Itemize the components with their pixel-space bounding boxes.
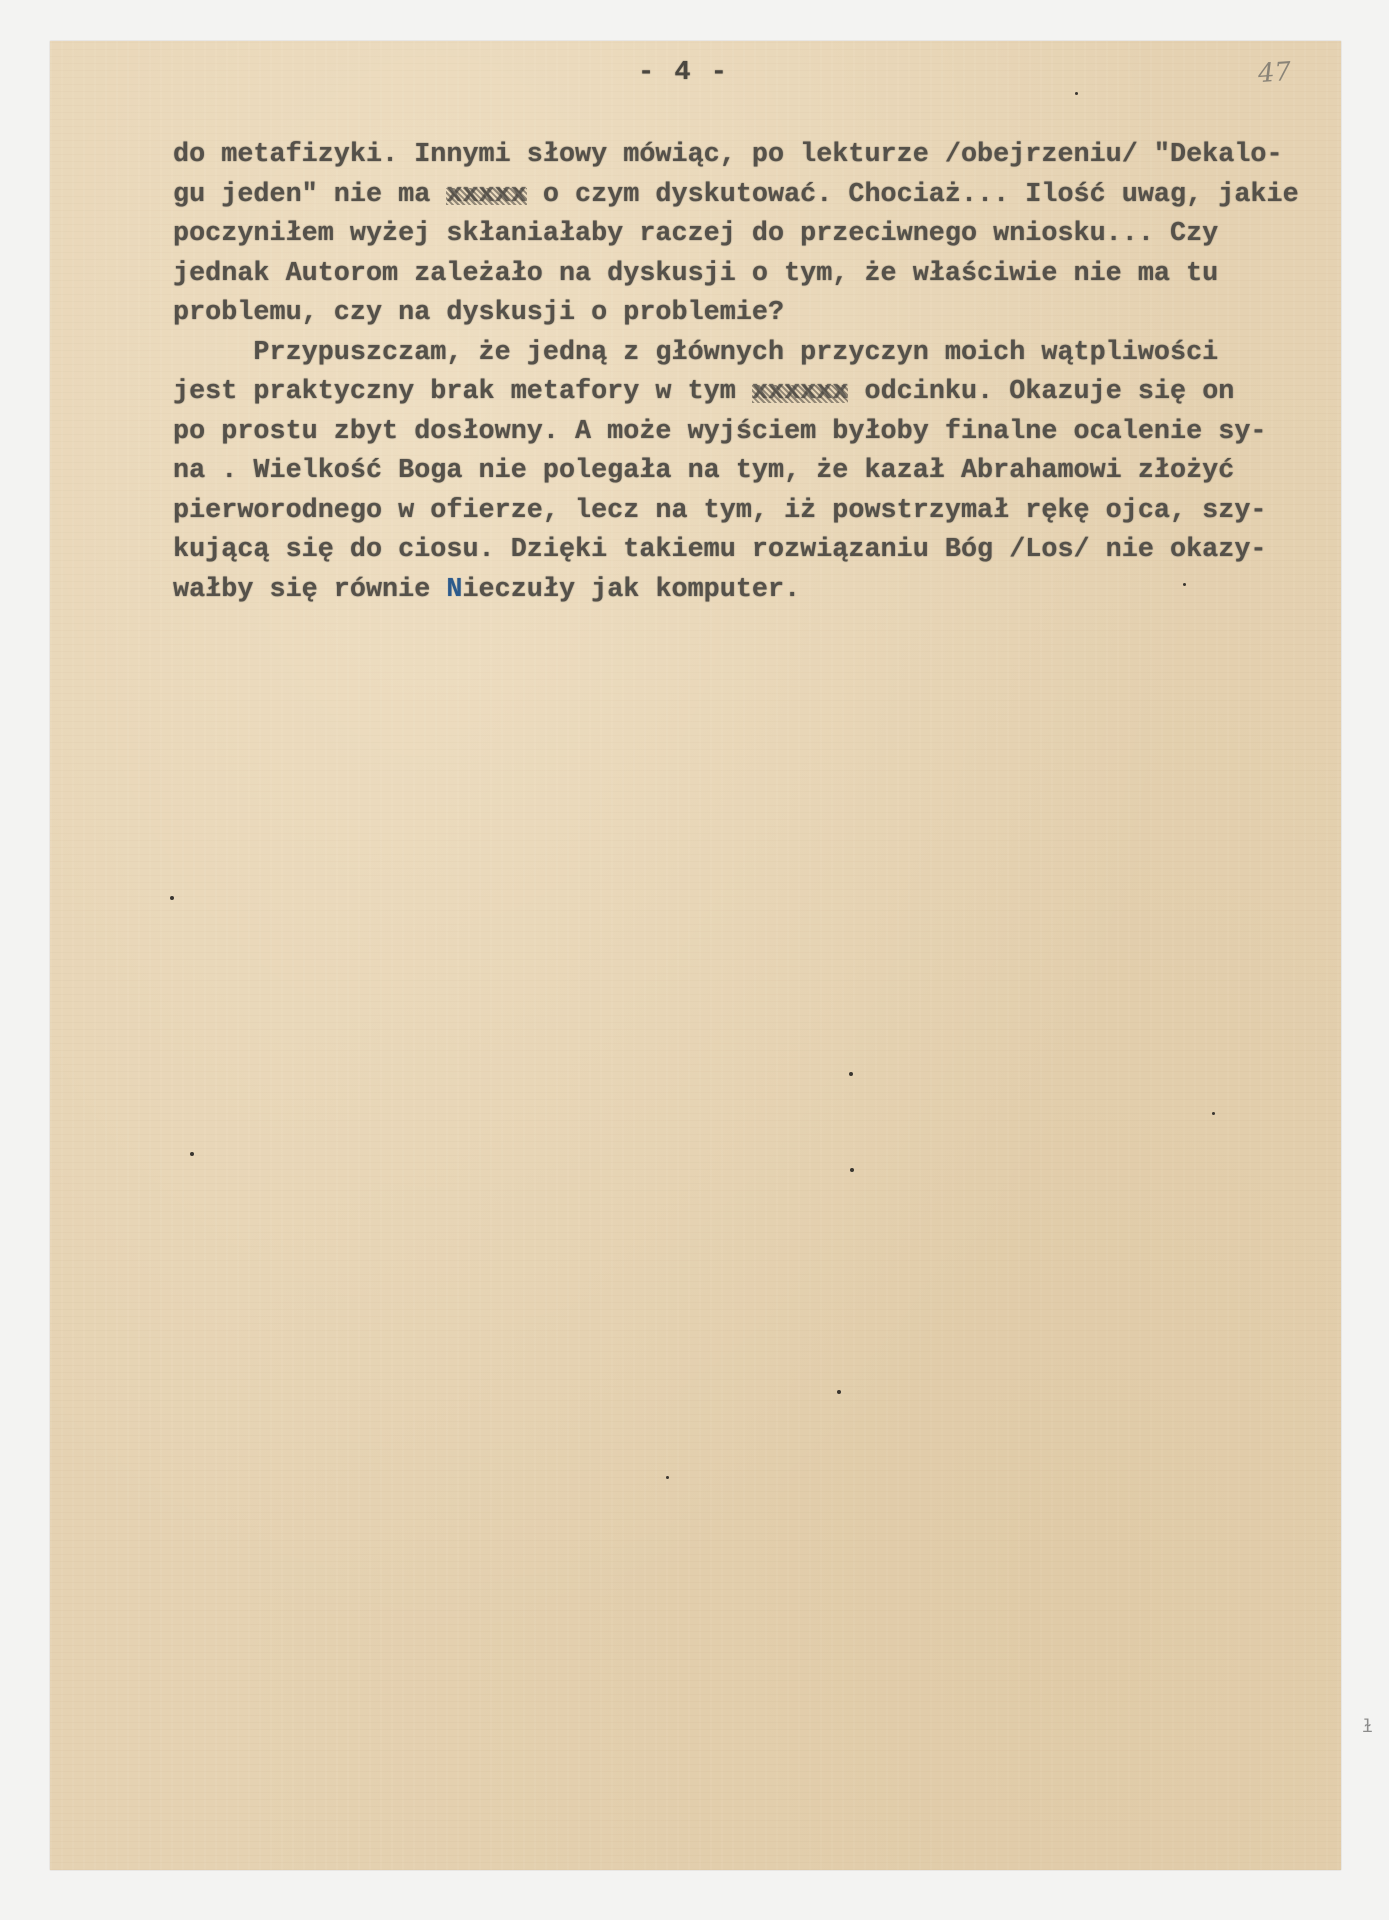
struck-out-word: xxxxxx [752,373,849,413]
paper-speck [1212,1112,1215,1115]
text-run: jednak Autorom zależało na dyskusji o ty… [173,259,1218,289]
text-run: ieczuły jak komputer. [462,575,800,605]
paper-speck [849,1072,853,1076]
text-run: odcinku. Okazuje się on [848,377,1234,407]
text-run: wałby się równie [173,575,446,605]
paper-speck [1075,92,1078,95]
text-run: problemu, czy na dyskusji o problemie? [173,298,784,328]
text-line: do metafizyki. Innymi słowy mówiąc, po l… [173,136,1313,176]
text-run: pierworodnego w ofierze, lecz na tym, iż… [173,496,1267,526]
text-run: jest praktyczny brak metafory w tym [173,377,752,407]
text-run: po prostu zbyt dosłowny. A może wyjściem… [173,417,1267,447]
text-run: do metafizyki. Innymi słowy mówiąc, po l… [173,140,1283,170]
text-line: po prostu zbyt dosłowny. A może wyjściem… [173,413,1313,453]
text-run: kującą się do ciosu. Dzięki takiemu rozw… [173,535,1267,565]
text-run: gu jeden" nie ma [173,180,446,210]
paper-speck [850,1168,854,1172]
text-run: o czym dyskutować. Chociaż... Ilość uwag… [527,180,1299,210]
text-line: kującą się do ciosu. Dzięki takiemu rozw… [173,531,1313,571]
paper-speck [837,1390,841,1394]
text-line: jednak Autorom zależało na dyskusji o ty… [173,255,1313,295]
text-line: gu jeden" nie ma xxxxx o czym dyskutować… [173,176,1313,216]
paper-speck [1183,583,1186,586]
text-run: poczyniłem wyżej skłaniałaby raczej do p… [173,219,1218,249]
paper-speck [190,1152,194,1156]
struck-out-word: xxxxx [446,176,526,216]
text-run: Przypuszczam, że jedną z głównych przycz… [173,338,1218,368]
archive-number-handwritten: 47 [1257,57,1292,89]
text-line: wałby się równie Nieczuły jak komputer. [173,571,1313,611]
text-line: problemu, czy na dyskusji o problemie? [173,294,1313,334]
blue-ink-correction: N [446,575,462,605]
body-text: do metafizyki. Innymi słowy mówiąc, po l… [173,136,1313,610]
text-run: na . Wielkość Boga nie polegała na tym, … [173,456,1234,486]
text-line: Przypuszczam, że jedną z głównych przycz… [173,334,1313,374]
text-line: poczyniłem wyżej skłaniałaby raczej do p… [173,215,1313,255]
paper-speck [666,1476,669,1479]
page-number: - 4 - [638,58,729,88]
text-line: jest praktyczny brak metafory w tym xxxx… [173,373,1313,413]
paper-speck [170,896,174,900]
text-line: na . Wielkość Boga nie polegała na tym, … [173,452,1313,492]
text-line: pierworodnego w ofierze, lecz na tym, iż… [173,492,1313,532]
margin-mark: ɫ [1362,1718,1373,1738]
